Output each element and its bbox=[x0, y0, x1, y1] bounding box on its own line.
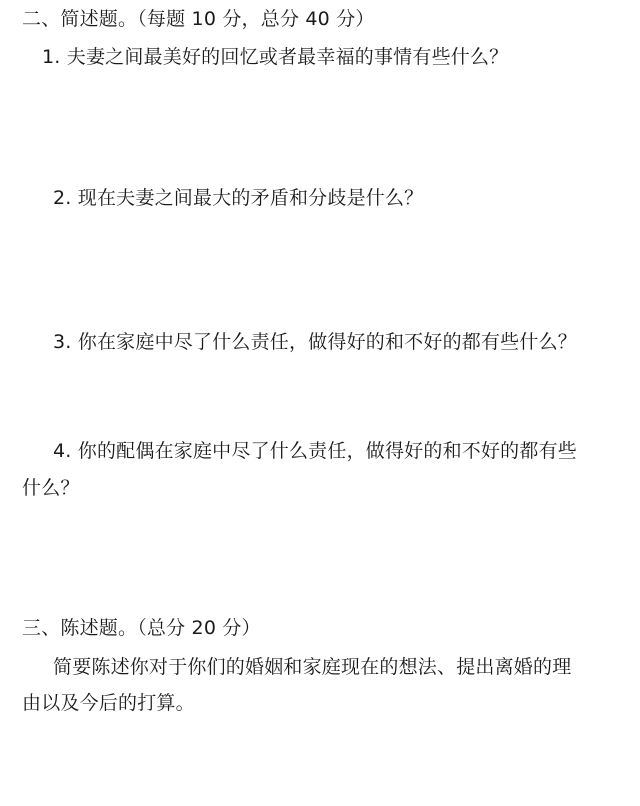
section-3-title: 三、陈述题。（总分 20 分） bbox=[22, 617, 261, 639]
question-3: 3. 你在家庭中尽了什么责任，做得好的和不好的都有些什么？ bbox=[53, 331, 577, 353]
question-4-line-2: 什么？ bbox=[22, 477, 80, 499]
section-2-title: 二、简述题。（每题 10 分，总分 40 分） bbox=[22, 8, 375, 30]
question-2: 2. 现在夫妻之间最大的矛盾和分歧是什么？ bbox=[53, 187, 423, 209]
question-1: 1. 夫妻之间最美好的回忆或者最幸福的事情有些什么？ bbox=[42, 46, 508, 68]
section-3-body-line-2: 由以及今后的打算。 bbox=[22, 692, 195, 714]
section-3-body-line-1: 简要陈述你对于你们的婚姻和家庭现在的想法、提出离婚的理 bbox=[53, 656, 571, 678]
question-4-line-1: 4. 你的配偶在家庭中尽了什么责任，做得好的和不好的都有些 bbox=[53, 440, 577, 462]
